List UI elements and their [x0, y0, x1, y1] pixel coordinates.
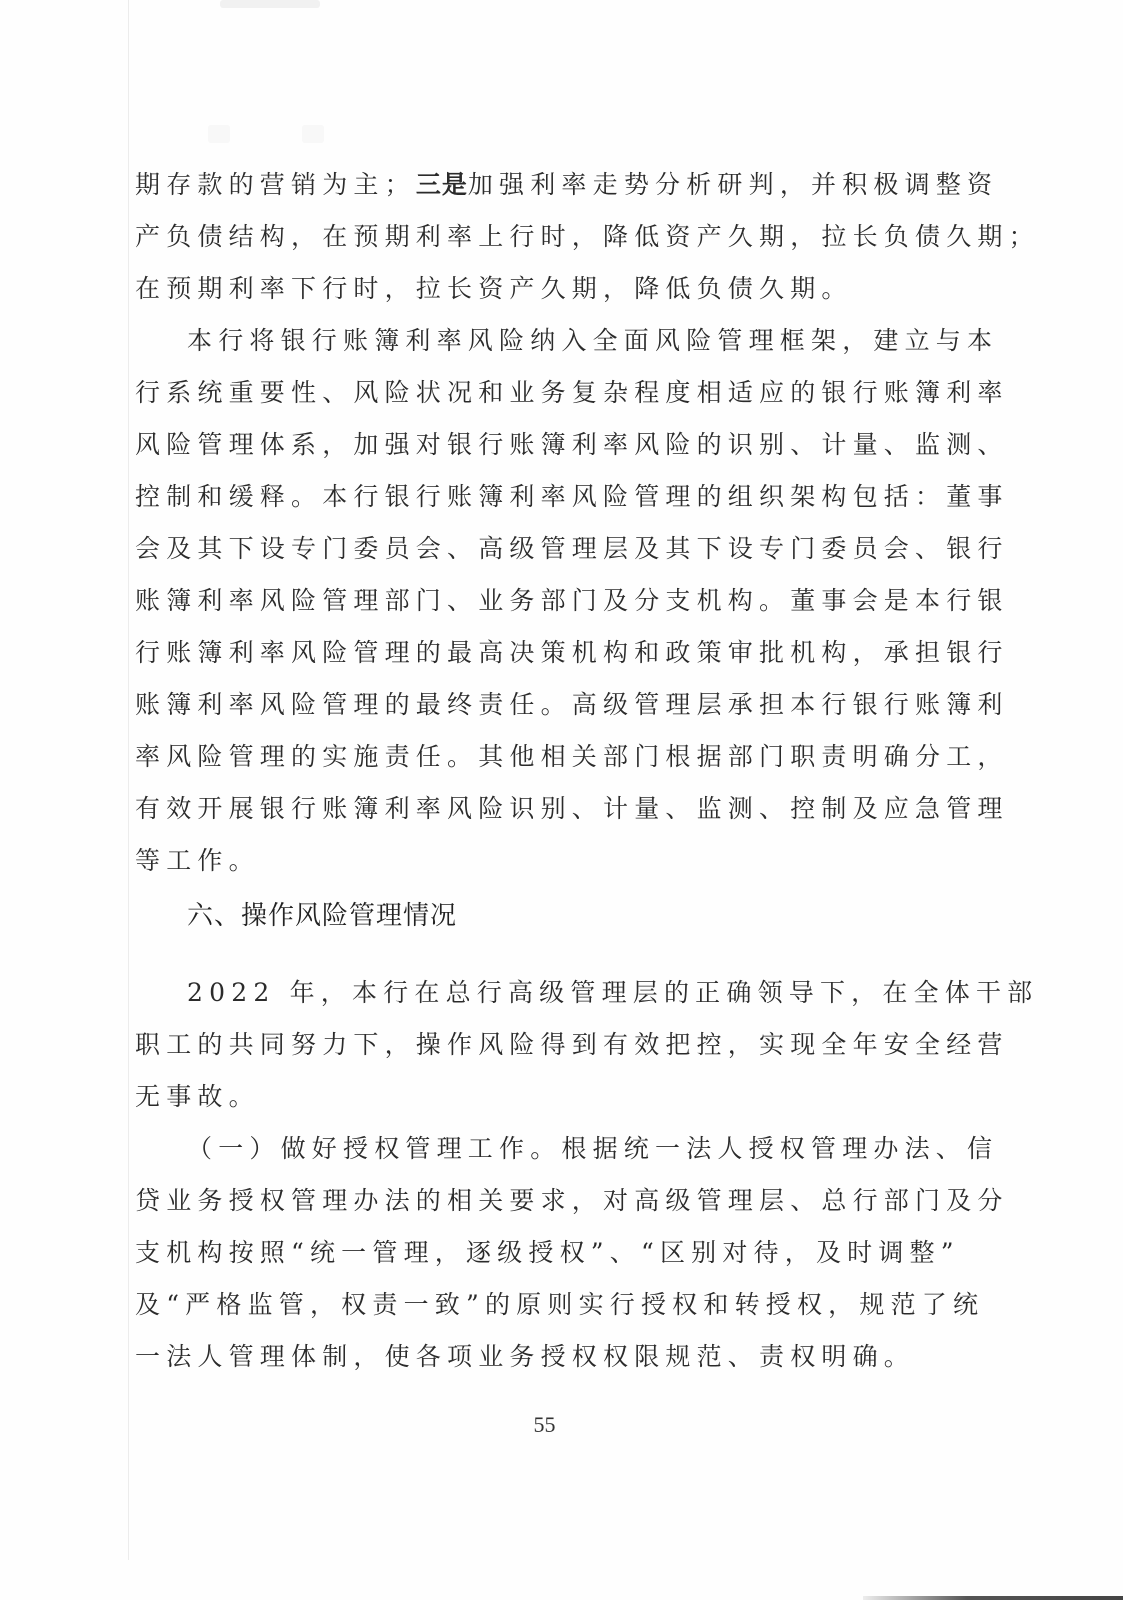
text-line: 等工作。 — [135, 844, 955, 878]
page-number: 55 — [0, 1412, 1089, 1438]
text-line: 及“严格监管，权责一致”的原则实行授权和转授权，规范了统 — [135, 1288, 955, 1322]
text-span: 加强利率走势分析研判，并积极调整资 — [468, 170, 998, 199]
text-line: 控制和缓释。本行银行账簿利率风险管理的组织架构包括：董事 — [135, 480, 955, 514]
text-line: （一）做好授权管理工作。根据统一法人授权管理办法、信 — [187, 1132, 955, 1166]
text-line: 一法人管理体制，使各项业务授权权限规范、责权明确。 — [135, 1340, 955, 1374]
text-line: 率风险管理的实施责任。其他相关部门根据部门职责明确分工， — [135, 740, 955, 774]
emphasis-text: 三是 — [416, 170, 468, 199]
text-line: 职工的共同努力下，操作风险得到有效把控，实现全年安全经营 — [135, 1028, 955, 1062]
text-line: 账簿利率风险管理的最终责任。高级管理层承担本行银行账簿利 — [135, 688, 955, 722]
text-line: 账簿利率风险管理部门、业务部门及分支机构。董事会是本行银 — [135, 584, 955, 618]
section-heading: 六、操作风险管理情况 — [187, 898, 457, 934]
scan-edge-line — [128, 0, 129, 1560]
text-line: 2022 年，本行在总行高级管理层的正确领导下，在全体干部 — [187, 976, 955, 1010]
scan-shadow — [863, 1596, 1123, 1600]
text-line: 本行将银行账簿利率风险纳入全面风险管理框架，建立与本 — [187, 324, 955, 358]
bleed-through-mark — [302, 125, 324, 143]
text-line: 有效开展银行账簿利率风险识别、计量、监测、控制及应急管理 — [135, 792, 955, 826]
bleed-through-mark — [270, 0, 310, 6]
text-line: 行账簿利率风险管理的最高决策机构和政策审批机构，承担银行 — [135, 636, 955, 670]
text-line: 无事故。 — [135, 1080, 955, 1114]
text-line: 产负债结构，在预期利率上行时，降低资产久期，拉长负债久期； — [135, 220, 955, 254]
document-page: 期存款的营销为主；三是加强利率走势分析研判，并积极调整资 产负债结构，在预期利率… — [0, 0, 1123, 1600]
text-line: 支机构按照“统一管理，逐级授权”、“区别对待，及时调整” — [135, 1236, 955, 1270]
text-span: 期存款的营销为主； — [135, 170, 416, 199]
text-line: 会及其下设专门委员会、高级管理层及其下设专门委员会、银行 — [135, 532, 955, 566]
bleed-through-mark — [208, 125, 230, 143]
text-line: 期存款的营销为主；三是加强利率走势分析研判，并积极调整资 — [135, 168, 955, 202]
text-line: 行系统重要性、风险状况和业务复杂程度相适应的银行账簿利率 — [135, 376, 955, 410]
text-line: 在预期利率下行时，拉长资产久期，降低负债久期。 — [135, 272, 955, 306]
text-line: 贷业务授权管理办法的相关要求，对高级管理层、总行部门及分 — [135, 1184, 955, 1218]
text-line: 风险管理体系，加强对银行账簿利率风险的识别、计量、监测、 — [135, 428, 955, 462]
